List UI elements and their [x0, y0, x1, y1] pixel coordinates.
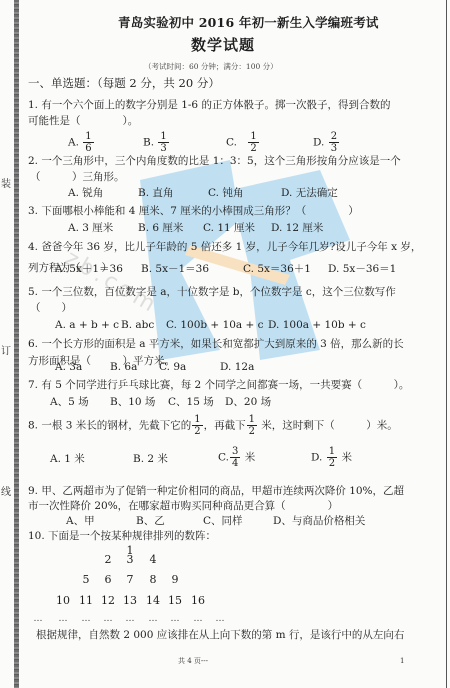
question-7-option-d: D、20 场 [225, 395, 271, 410]
question-5-option-d: D. 100a + 10b + c [268, 318, 366, 333]
question-1-line-2: 可能性是（ ）。 [28, 114, 138, 129]
exam-subtitle: 数学试题 [191, 38, 255, 53]
question-9-option-a: A、甲 [66, 514, 95, 529]
question-3-option-a: A. 3 厘米 [68, 221, 113, 236]
question-1-option-b: B. 13 [143, 131, 170, 154]
binding-margin-bar [14, 0, 19, 688]
exam-title: 青岛实验初中 2016 年初一新生入学编班考试 [118, 15, 379, 30]
question-5-line-2: （ ） [30, 301, 72, 316]
question-6-option-b: B. 6a [110, 360, 137, 375]
question-3-option-b: B. 6 厘米 [138, 221, 183, 236]
question-7-option-b: B、10 场 [110, 395, 155, 410]
question-4-option-c: C. 5x＝36＋1 [243, 262, 311, 277]
question-9-option-d: D、与商品价格相关 [273, 514, 365, 529]
question-7-line-1: 7. 有 5 个同学进行乒乓球比赛，每 2 个同学之间都赛一场，一共要赛（ ）。 [28, 378, 409, 393]
binding-label-xian: 线 [1, 483, 11, 498]
question-5-option-a: A. a + b + c [55, 318, 119, 333]
question-4-option-d: D. 5x－36＝1 [328, 262, 396, 277]
question-8-option-b: B. 2 米 [133, 452, 168, 467]
exam-info: （考试时间：60 分钟；满分：100 分） [144, 59, 278, 74]
question-2-line-2: （ ）三角形。 [30, 170, 125, 185]
question-8-option-a: A. 1 米 [50, 452, 85, 467]
question-7-option-a: A、5 场 [50, 395, 89, 410]
question-8-option-c: C.34 米 [218, 446, 255, 469]
question-10-line-1: 10. 下面是一个按某种规律排列的数阵： [28, 529, 216, 544]
question-1-option-c: C. 12 [226, 131, 260, 154]
exam-page: 青岛实验初中 2016 年初一新生入学编班考试 数学试题 （考试时间：60 分钟… [28, 0, 438, 688]
page-edge-line [446, 0, 447, 688]
question-9-option-b: B、乙 [136, 514, 165, 529]
question-2-option-c: C. 钝角 [208, 186, 243, 201]
binding-label-zhuang: 装 [1, 175, 11, 190]
question-8-line-1: 8. 一根 3 米长的钢材，先截下它的12，再截下12 米，这时剩下（ ）米。 [28, 414, 398, 437]
question-1-line-1: 1. 有一个六个面上的数字分别是 1-6 的正方体骰子。掷一次骰子，得到合数的 [28, 98, 390, 113]
question-10-line-after: 根据规律，自然数 2 000 应该排在从上向下数的第 m 行，是该行中的从左向右 [36, 628, 404, 643]
question-2-option-d: D. 无法确定 [281, 186, 338, 201]
question-9-line-1: 9. 甲、乙两超市为了促销一种定价相同的商品，甲超市连续两次降价 10%，乙超 [28, 484, 404, 499]
page-number: 1 [400, 654, 404, 669]
question-9-line-2: 市一次性降价 20%，在哪家超市购买同种商品更合算（ ） [28, 499, 338, 514]
question-3-option-d: D. 12 厘米 [271, 221, 323, 236]
question-6-line-2: 方形面积是（ ）平方米。 [28, 354, 175, 369]
question-4-option-b: B. 5x－1＝36 [141, 262, 209, 277]
question-5-option-c: C. 100b + 10a + c [166, 318, 264, 333]
question-5-option-b: B. abc [121, 318, 154, 333]
section-heading: 一、单选题：（每题 2 分，共 20 分） [28, 76, 220, 91]
question-9-option-c: C、同样 [203, 514, 243, 529]
question-7-option-c: C、15 场 [168, 395, 214, 410]
question-6-option-d: D. 12a [220, 360, 254, 375]
question-3-option-c: C. 11 厘米 [203, 221, 255, 236]
question-2-option-b: B. 直角 [138, 186, 173, 201]
question-5-line-1: 5. 一个三位数，百位数字是 a，十位数字是 b，个位数字是 c，这个三位数写作 [28, 285, 396, 300]
question-6-option-c: C. 9a [159, 360, 186, 375]
question-3-line-1: 3. 下面哪根小棒能和 4 厘米、7 厘米的小棒围成三角形？（ ） [28, 204, 359, 219]
question-4-option-a: A. 5x＋1＝36 [55, 262, 123, 277]
page-info: 共 4 页--- [178, 654, 208, 669]
question-2-option-a: A. 锐角 [68, 186, 103, 201]
question-1-option-d: D. 23 [313, 131, 340, 154]
question-6-option-a: A. 3a [55, 360, 82, 375]
question-6-line-1: 6. 一个长方形的面积是 a 平方米，如果长和宽都扩大到原来的 3 倍，那么新的… [28, 337, 404, 352]
question-2-line-1: 2. 一个三角形中，三个内角度数的比是 1：3：5，这个三角形按角分应该是一个 [28, 154, 401, 169]
binding-label-ding: 订 [1, 342, 11, 357]
question-4-line-1: 4. 爸爸今年 36 岁，比儿子年龄的 5 倍还多 1 岁，儿子今年几岁?设儿子… [28, 240, 421, 255]
question-1-option-a: A. 16 [68, 131, 95, 154]
question-8-option-d: D. 12 米 [311, 446, 352, 469]
